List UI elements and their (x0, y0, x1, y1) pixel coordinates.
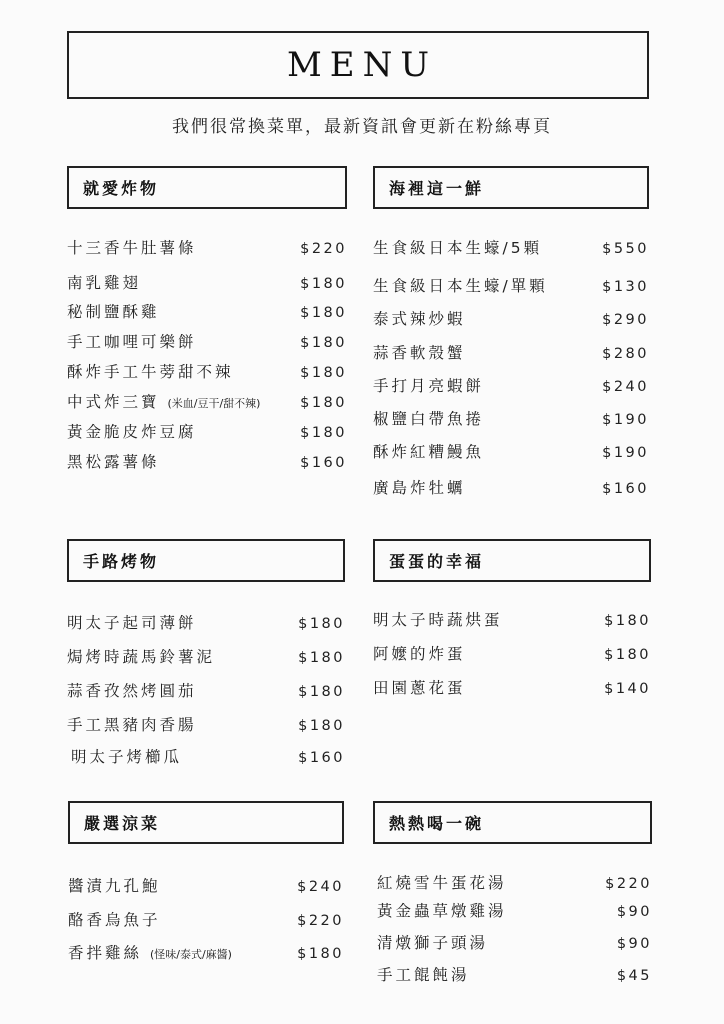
item-name: 生食級日本生蠔/5顆 (373, 236, 542, 258)
menu-item: 焗烤時蔬馬鈴薯泥$180 (67, 645, 345, 667)
item-price: $160 (602, 481, 649, 497)
menu-item: 手工咖哩可樂餅$180 (67, 330, 347, 352)
section-soups: 熱熱喝一碗 紅燒雪牛蛋花湯$220 黃金蟲草燉雞湯$90 清燉獅子頭湯$90 手… (373, 801, 652, 844)
item-price: $220 (605, 876, 652, 892)
item-name: 黃金蟲草燉雞湯 (377, 899, 507, 921)
menu-subtitle: 我們很常換菜單，最新資訊會更新在粉絲專頁 (0, 112, 724, 137)
menu-item: 明太子起司薄餅$180 (67, 611, 345, 633)
menu-item: 手打月亮蝦餅$240 (373, 374, 649, 396)
item-name: 蒜香軟殼蟹 (373, 341, 466, 363)
item-price: $160 (298, 750, 345, 766)
item-name: 椒鹽白帶魚捲 (373, 407, 484, 429)
section-seafood: 海裡這一鮮 生食級日本生蠔/5顆$550 生食級日本生蠔/單顆$130 泰式辣炒… (373, 166, 649, 209)
item-note: (怪味/泰式/麻醬) (150, 948, 232, 961)
item-name: 生食級日本生蠔/單顆 (373, 274, 548, 296)
menu-title-box: MENU (67, 31, 649, 99)
section-eggs: 蛋蛋的幸福 明太子時蔬烘蛋$180 阿嬤的炸蛋$180 田園蔥花蛋$140 (373, 539, 651, 582)
item-price: $190 (602, 412, 649, 428)
menu-item: 紅燒雪牛蛋花湯$220 (373, 871, 652, 893)
item-price: $180 (297, 946, 344, 962)
item-price: $160 (300, 455, 347, 471)
item-price: $240 (297, 879, 344, 895)
item-price: $220 (297, 913, 344, 929)
item-price: $280 (602, 346, 649, 362)
item-name: 手工咖哩可樂餅 (67, 333, 197, 351)
menu-item: 阿嬤的炸蛋$180 (373, 642, 651, 664)
menu-item: 手工黑豬肉香腸$180 (67, 713, 345, 735)
item-name: 手工黑豬肉香腸 (67, 713, 197, 735)
menu-item: 廣島炸牡蠣$160 (373, 476, 649, 498)
menu-title: MENU (279, 45, 437, 85)
item-name: 清燉獅子頭湯 (377, 931, 488, 953)
item-price: $180 (298, 616, 345, 632)
menu-item: 蒜香軟殼蟹$280 (373, 341, 649, 363)
item-price: $290 (602, 312, 649, 328)
item-price: $180 (604, 613, 651, 629)
section-heading: 嚴選涼菜 (68, 801, 344, 844)
item-name: 秘制鹽酥雞 (67, 303, 160, 321)
item-price: $140 (604, 681, 651, 697)
menu-item: 田園蔥花蛋$140 (373, 676, 651, 698)
menu-item: 黃金蟲草燉雞湯$90 (373, 899, 652, 921)
item-price: $180 (300, 305, 347, 321)
item-price: $90 (617, 904, 652, 920)
item-name: 手工餛飩湯 (377, 963, 470, 985)
item-name: 黑松露薯條 (67, 453, 160, 471)
item-name: 明太子起司薄餅 (67, 611, 197, 633)
item-name: 廣島炸牡蠣 (373, 476, 466, 498)
menu-item: 明太子烤櫛瓜$160 (67, 745, 345, 767)
section-fried: 就愛炸物 十三香牛肚薯條$220 南乳雞翅$180 秘制鹽酥雞$180 手工咖哩… (67, 166, 347, 209)
item-name: 南乳雞翅 (67, 274, 141, 292)
item-name: 中式炸三寶 (67, 393, 160, 411)
menu-item: 黃金脆皮炸豆腐$180 (67, 420, 347, 442)
item-name: 焗烤時蔬馬鈴薯泥 (67, 645, 215, 667)
item-price: $180 (604, 647, 651, 663)
section-heading: 熱熱喝一碗 (373, 801, 652, 844)
item-price: $550 (602, 241, 649, 257)
item-name: 田園蔥花蛋 (373, 676, 466, 698)
menu-item: 生食級日本生蠔/5顆$550 (373, 236, 649, 258)
item-name: 泰式辣炒蝦 (373, 307, 466, 329)
section-grilled: 手路烤物 明太子起司薄餅$180 焗烤時蔬馬鈴薯泥$180 蒜香孜然烤圓茄$18… (67, 539, 345, 582)
menu-item: 南乳雞翅$180 (67, 271, 347, 293)
item-price: $220 (300, 241, 347, 257)
item-price: $180 (300, 276, 347, 292)
item-name: 阿嬤的炸蛋 (373, 642, 466, 664)
item-name: 蒜香孜然烤圓茄 (67, 679, 197, 701)
item-price: $180 (300, 425, 347, 441)
item-name: 酪香烏魚子 (68, 908, 161, 930)
item-name: 酥炸手工牛蒡甜不辣 (67, 363, 234, 381)
section-cold-dishes: 嚴選涼菜 醬漬九孔鮑$240 酪香烏魚子$220 香拌雞絲 (怪味/泰式/麻醬)… (68, 801, 344, 844)
section-heading: 就愛炸物 (67, 166, 347, 209)
item-price: $180 (298, 718, 345, 734)
menu-item: 清燉獅子頭湯$90 (373, 931, 652, 953)
item-price: $180 (300, 335, 347, 351)
menu-item: 黑松露薯條$160 (67, 450, 347, 472)
item-price: $180 (300, 365, 347, 381)
menu-item: 蒜香孜然烤圓茄$180 (67, 679, 345, 701)
menu-item: 生食級日本生蠔/單顆$130 (373, 274, 649, 296)
menu-item: 酪香烏魚子$220 (68, 908, 344, 930)
item-price: $240 (602, 379, 649, 395)
item-note: (米血/豆干/甜不辣) (167, 397, 260, 410)
menu-item: 秘制鹽酥雞$180 (67, 300, 347, 322)
item-price: $90 (617, 936, 652, 952)
menu-item: 明太子時蔬烘蛋$180 (373, 608, 651, 630)
menu-item: 椒鹽白帶魚捲$190 (373, 407, 649, 429)
menu-item: 醬漬九孔鮑$240 (68, 874, 344, 896)
item-price: $180 (300, 395, 347, 411)
item-price: $130 (602, 279, 649, 295)
item-name: 醬漬九孔鮑 (68, 874, 161, 896)
item-name: 明太子時蔬烘蛋 (373, 608, 503, 630)
section-heading: 手路烤物 (67, 539, 345, 582)
item-name: 十三香牛肚薯條 (67, 239, 197, 257)
menu-item: 酥炸手工牛蒡甜不辣$180 (67, 360, 347, 382)
section-heading: 海裡這一鮮 (373, 166, 649, 209)
item-name: 紅燒雪牛蛋花湯 (377, 871, 507, 893)
item-name: 香拌雞絲 (68, 944, 142, 962)
item-name: 明太子烤櫛瓜 (71, 745, 182, 767)
menu-item: 泰式辣炒蝦$290 (373, 307, 649, 329)
item-price: $190 (602, 445, 649, 461)
item-price: $45 (617, 968, 652, 984)
item-price: $180 (298, 684, 345, 700)
item-name: 手打月亮蝦餅 (373, 374, 484, 396)
menu-item: 香拌雞絲 (怪味/泰式/麻醬)$180 (68, 941, 344, 963)
menu-item: 手工餛飩湯$45 (373, 963, 652, 985)
menu-item: 酥炸紅糟鰻魚$190 (373, 440, 649, 462)
item-name: 酥炸紅糟鰻魚 (373, 440, 484, 462)
item-name: 黃金脆皮炸豆腐 (67, 423, 197, 441)
menu-item: 十三香牛肚薯條$220 (67, 236, 347, 258)
menu-item: 中式炸三寶 (米血/豆干/甜不辣)$180 (67, 390, 347, 412)
item-price: $180 (298, 650, 345, 666)
section-heading: 蛋蛋的幸福 (373, 539, 651, 582)
